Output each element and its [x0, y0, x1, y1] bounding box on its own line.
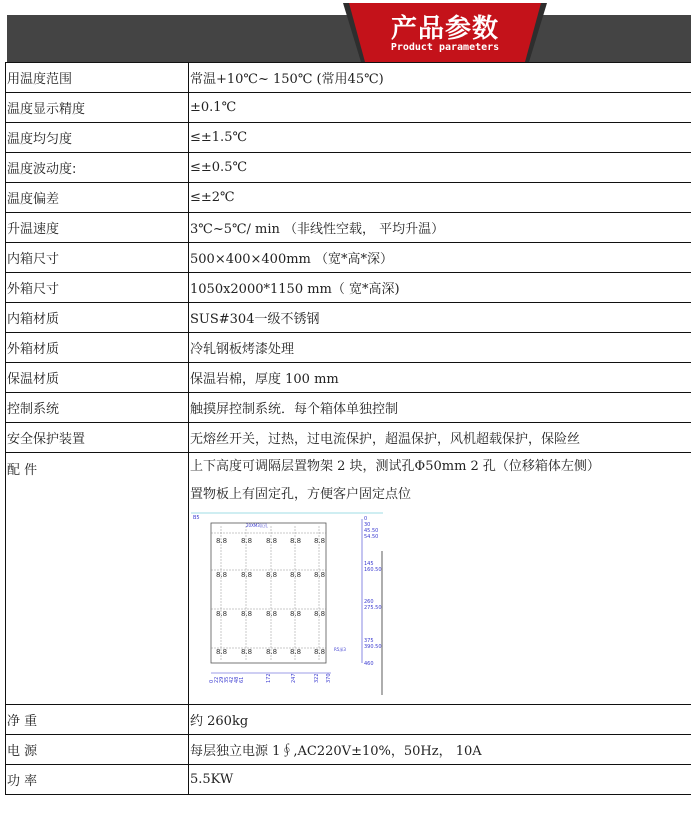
- svg-text:8.8: 8.8: [266, 537, 277, 545]
- spec-value: ≤±1.5℃: [189, 123, 691, 153]
- spec-value: 3℃~5℃/ min （非线性空载， 平均升温）: [189, 213, 691, 243]
- shelf-drawing: B5 8.88.88.88.88.8 8.88.88.88.88.8: [191, 511, 383, 695]
- spec-value: 常温+10℃~ 150℃ (常用45℃): [189, 63, 691, 93]
- svg-text:8.8: 8.8: [266, 571, 277, 579]
- spec-value: SUS#304一级不锈钢: [189, 303, 691, 333]
- spec-row: 温度均匀度≤±1.5℃: [6, 123, 691, 153]
- svg-text:8.8: 8.8: [241, 610, 252, 618]
- svg-text:8.8: 8.8: [266, 610, 277, 618]
- spec-label: 外箱尺寸: [6, 273, 189, 303]
- svg-text:20XM3沉孔: 20XM3沉孔: [246, 522, 268, 528]
- svg-text:R5深3: R5深3: [334, 646, 346, 652]
- svg-text:370: 370: [326, 673, 332, 683]
- spec-row: 内箱尺寸500×400×400mm （宽*高*深）: [6, 243, 691, 273]
- svg-text:61: 61: [239, 677, 245, 683]
- accessories-line-1: 上下高度可调隔层置物架 2 块，测试孔Φ50mm 2 孔（位移箱体左侧）: [190, 453, 691, 481]
- svg-text:8.8: 8.8: [290, 610, 301, 618]
- spec-label: 升温速度: [6, 213, 189, 243]
- spec-label: 保温材质: [6, 363, 189, 393]
- spec-value: 约 260kg: [189, 705, 691, 735]
- spec-row: 净 重约 260kg: [6, 705, 691, 735]
- shelf-diagram-icon: B5 8.88.88.88.88.8 8.88.88.88.88.8: [191, 511, 383, 695]
- spec-row: 外箱材质冷轧钢板烤漆处理: [6, 333, 691, 363]
- spec-value: ≤±0.5℃: [189, 153, 691, 183]
- spec-value: 1050x2000*1150 mm（ 宽*高深): [189, 273, 691, 303]
- spec-label: 安全保护装置: [6, 423, 189, 453]
- svg-text:8.8: 8.8: [314, 571, 325, 579]
- svg-text:8.8: 8.8: [314, 648, 325, 656]
- spec-label: 外箱材质: [6, 333, 189, 363]
- svg-text:247: 247: [291, 673, 297, 683]
- spec-label: 净 重: [6, 705, 189, 735]
- spec-label: 温度显示精度: [6, 93, 189, 123]
- svg-text:8.8: 8.8: [314, 537, 325, 545]
- svg-text:8.8: 8.8: [241, 571, 252, 579]
- spec-row: 保温材质保温岩棉，厚度 100 mm: [6, 363, 691, 393]
- svg-text:8.8: 8.8: [241, 537, 252, 545]
- spec-row: 内箱材质SUS#304一级不锈钢: [6, 303, 691, 333]
- accessories-label: 配 件: [7, 453, 188, 478]
- spec-row: 控制系统触摸屏控制系统．每个箱体单独控制: [6, 393, 691, 423]
- spec-label: 温度均匀度: [6, 123, 189, 153]
- spec-label: 用温度范围: [6, 63, 189, 93]
- svg-text:8.8: 8.8: [216, 610, 227, 618]
- spec-label: 功 率: [6, 765, 189, 795]
- spec-value: 触摸屏控制系统．每个箱体单独控制: [189, 393, 691, 423]
- spec-row: 电 源每层独立电源 1∮,AC220V±10%，50Hz， 10A: [6, 735, 691, 765]
- spec-row: 外箱尺寸1050x2000*1150 mm（ 宽*高深): [6, 273, 691, 303]
- svg-text:8.8: 8.8: [216, 537, 227, 545]
- spec-label: 配 件: [6, 453, 189, 705]
- spec-label: 内箱尺寸: [6, 243, 189, 273]
- spec-value: ≤±2℃: [189, 183, 691, 213]
- svg-text:160.50: 160.50: [364, 567, 382, 573]
- svg-text:322: 322: [314, 673, 320, 683]
- spec-label: 温度偏差: [6, 183, 189, 213]
- spec-row: 功 率5.5KW: [6, 765, 691, 795]
- spec-label: 控制系统: [6, 393, 189, 423]
- accessories-row: 配 件 上下高度可调隔层置物架 2 块，测试孔Φ50mm 2 孔（位移箱体左侧）…: [6, 453, 691, 705]
- header-title: 产品参数: [343, 8, 547, 45]
- spec-row: 温度波动度:≤±0.5℃: [6, 153, 691, 183]
- svg-text:172: 172: [266, 673, 272, 683]
- spec-table: 用温度范围常温+10℃~ 150℃ (常用45℃) 温度显示精度±0.1℃ 温度…: [5, 62, 691, 795]
- spec-value: 冷轧钢板烤漆处理: [189, 333, 691, 363]
- svg-text:54.50: 54.50: [364, 534, 378, 540]
- svg-text:8.8: 8.8: [241, 648, 252, 656]
- spec-value: 5.5KW: [189, 765, 691, 795]
- spec-value: 每层独立电源 1∮,AC220V±10%，50Hz， 10A: [189, 735, 691, 765]
- spec-row: 升温速度3℃~5℃/ min （非线性空载， 平均升温）: [6, 213, 691, 243]
- spec-value: 500×400×400mm （宽*高*深）: [189, 243, 691, 273]
- spec-row: 温度偏差≤±2℃: [6, 183, 691, 213]
- spec-label: 温度波动度:: [6, 153, 189, 183]
- svg-text:8.8: 8.8: [216, 648, 227, 656]
- svg-text:460: 460: [364, 661, 374, 667]
- spec-value: ±0.1℃: [189, 93, 691, 123]
- spec-row: 温度显示精度±0.1℃: [6, 93, 691, 123]
- spec-row: 安全保护装置无熔丝开关，过热，过电流保护，超温保护，风机超载保护，保险丝: [6, 423, 691, 453]
- spec-label: 内箱材质: [6, 303, 189, 333]
- svg-text:8.8: 8.8: [290, 648, 301, 656]
- svg-text:390.50: 390.50: [364, 644, 382, 650]
- accessories-line-2: 置物板上有固定孔，方便客户固定点位: [190, 481, 691, 509]
- svg-text:8.8: 8.8: [290, 571, 301, 579]
- spec-value: 上下高度可调隔层置物架 2 块，测试孔Φ50mm 2 孔（位移箱体左侧） 置物板…: [189, 453, 691, 705]
- product-parameters-badge: 产品参数 Product parameters: [343, 3, 547, 63]
- spec-row: 用温度范围常温+10℃~ 150℃ (常用45℃): [6, 63, 691, 93]
- spec-value: 无熔丝开关，过热，过电流保护，超温保护，风机超载保护，保险丝: [189, 423, 691, 453]
- header-subtitle: Product parameters: [343, 42, 547, 53]
- svg-text:8.8: 8.8: [290, 537, 301, 545]
- svg-text:275.50: 275.50: [364, 605, 382, 611]
- svg-text:8.8: 8.8: [266, 648, 277, 656]
- svg-text:B5: B5: [193, 515, 200, 521]
- svg-text:8.8: 8.8: [216, 571, 227, 579]
- spec-value: 保温岩棉，厚度 100 mm: [189, 363, 691, 393]
- svg-text:8.8: 8.8: [314, 610, 325, 618]
- spec-label: 电 源: [6, 735, 189, 765]
